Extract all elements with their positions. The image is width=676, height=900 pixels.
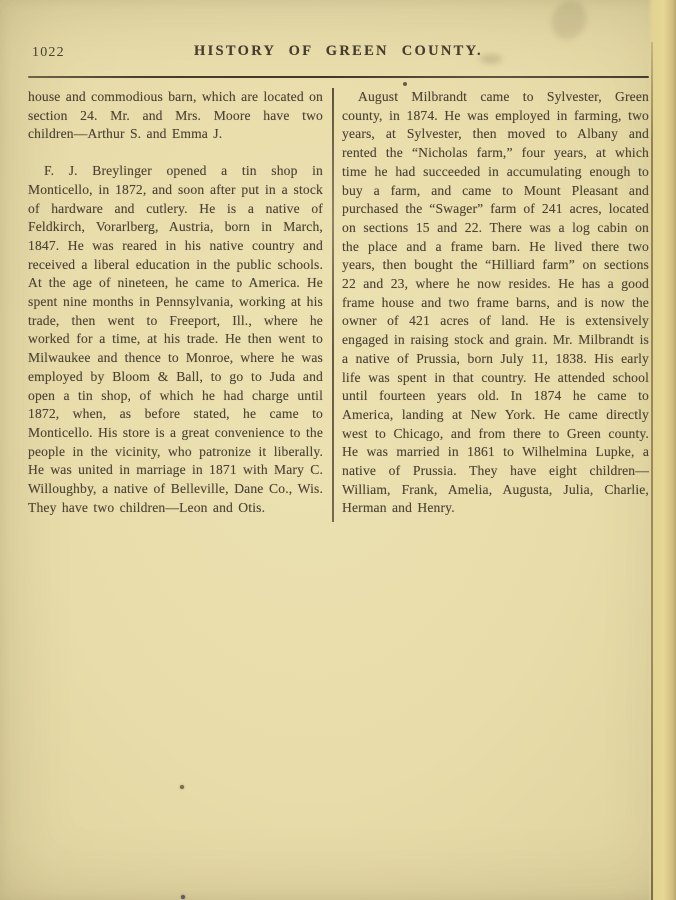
paragraph-moore-continuation: house and commodious barn, which are loc…	[28, 88, 323, 144]
scan-smudge	[480, 54, 502, 64]
scan-smudge	[545, 0, 593, 45]
running-header-title: HISTORY OF GREEN COUNTY.	[28, 43, 649, 60]
book-edge-shadow	[648, 0, 676, 900]
paragraph-milbrandt: August Milbrandt came to Sylvester, Gree…	[342, 88, 649, 518]
paragraph-breylinger: F. J. Breylinger opened a tin shop in Mo…	[28, 162, 323, 517]
column-divider-rule	[332, 88, 334, 522]
right-column: August Milbrandt came to Sylvester, Gree…	[342, 88, 649, 518]
header-rule	[28, 76, 649, 78]
text-columns: house and commodious barn, which are loc…	[28, 88, 649, 522]
scan-speck	[403, 82, 407, 86]
scan-speck	[180, 785, 184, 789]
scan-speck	[181, 895, 185, 899]
left-column: house and commodious barn, which are loc…	[28, 88, 323, 517]
book-page: 1022 HISTORY OF GREEN COUNTY. house and …	[0, 0, 676, 900]
